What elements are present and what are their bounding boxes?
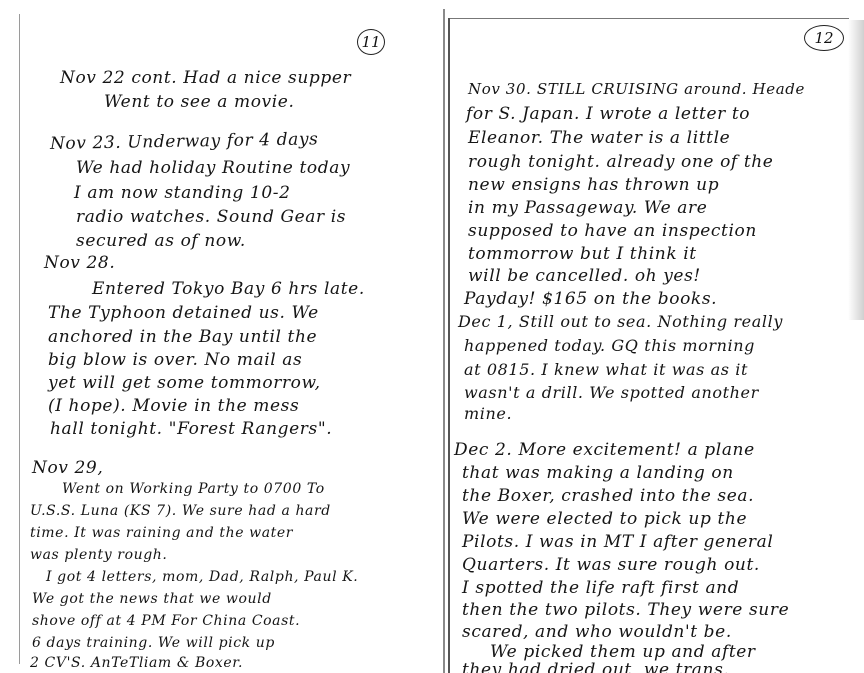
diary-line: (I hope). Movie in the mess [48,396,299,416]
diary-line: happened today. GQ this morning [464,336,755,355]
diary-line: wasn't a drill. We spotted another [464,383,759,402]
diary-line: secured as of now. [76,231,246,251]
diary-line: big blow is over. No mail as [48,350,302,370]
diary-line: tommorrow but I think it [468,244,697,264]
diary-line: Dec 2. More excitement! a plane [454,440,755,460]
diary-line: the Boxer, crashed into the sea. [462,486,754,506]
diary-line: 2 CV'S. AnTeTliam & Boxer. [30,655,243,671]
diary-line: they had dried out, we trans. [462,660,729,673]
page-edge-line [449,18,849,19]
diary-line: in my Passageway. We are [468,198,707,218]
diary-line: Went to see a movie. [104,92,294,112]
diary-line: was plenty rough. [30,547,167,563]
diary-line: yet will get some tommorrow, [48,373,321,393]
diary-line: will be cancelled. oh yes! [468,266,701,286]
diary-line: We had holiday Routine today [76,158,350,178]
diary-line: rough tonight. already one of the [468,152,773,172]
diary-line: radio watches. Sound Gear is [76,207,346,227]
diary-line: then the two pilots. They were sure [462,600,789,620]
diary-line: I am now standing 10-2 [74,183,291,203]
scan-shadow [848,20,864,320]
diary-line: Dec 1, Still out to sea. Nothing really [458,312,783,331]
right-page: 12 Nov 30. STILL CRUISING around. Heade … [432,0,864,673]
diary-line: Eleanor. The water is a little [468,128,730,148]
diary-line: Nov 28. [44,253,115,273]
diary-line: time. It was raining and the water [30,525,293,541]
diary-line: I got 4 letters, mom, Dad, Ralph, Paul K… [46,569,358,585]
diary-line: mine. [464,404,512,423]
diary-line: Went on Working Party to 0700 To [62,481,325,497]
diary-line: I spotted the life raft first and [462,578,739,598]
diary-line: U.S.S. Luna (KS 7). We sure had a hard [30,503,331,519]
diary-line: that was making a landing on [462,463,734,483]
diary-line: new ensigns has thrown up [468,175,719,195]
diary-line: We picked them up and after [490,642,756,662]
page-number-circled: 12 [804,25,844,51]
page-edge-line [448,18,450,673]
diary-line: at 0815. I knew what it was as it [464,360,748,379]
page-edge-line [19,14,20,664]
diary-line: for S. Japan. I wrote a letter to [466,104,750,124]
diary-line: We got the news that we would [32,591,272,607]
page-number-circled: 11 [357,29,385,55]
diary-line: Nov 30. STILL CRUISING around. Heade [468,80,805,98]
diary-line: hall tonight. "Forest Rangers". [50,419,332,439]
diary-line: The Typhoon detained us. We [48,303,319,323]
diary-line: shove off at 4 PM For China Coast. [32,613,300,629]
diary-line: Nov 23. Underway for 4 days [50,129,319,154]
diary-spread: 11 Nov 22 cont. Had a nice supper Went t… [0,0,864,673]
diary-line: Nov 29, [32,458,103,478]
diary-line: 6 days training. We will pick up [32,635,275,651]
diary-line: anchored in the Bay until the [48,327,317,347]
left-page: 11 Nov 22 cont. Had a nice supper Went t… [0,0,432,673]
diary-line: We were elected to pick up the [462,509,747,529]
diary-line: supposed to have an inspection [468,221,757,241]
diary-line: Quarters. It was sure rough out. [462,555,760,575]
diary-line: Nov 22 cont. Had a nice supper [60,68,351,88]
diary-line: Pilots. I was in MT I after general [462,532,773,552]
diary-line: scared, and who wouldn't be. [462,622,732,642]
diary-line: Entered Tokyo Bay 6 hrs late. [92,279,365,299]
diary-line: Payday! $165 on the books. [464,289,717,309]
